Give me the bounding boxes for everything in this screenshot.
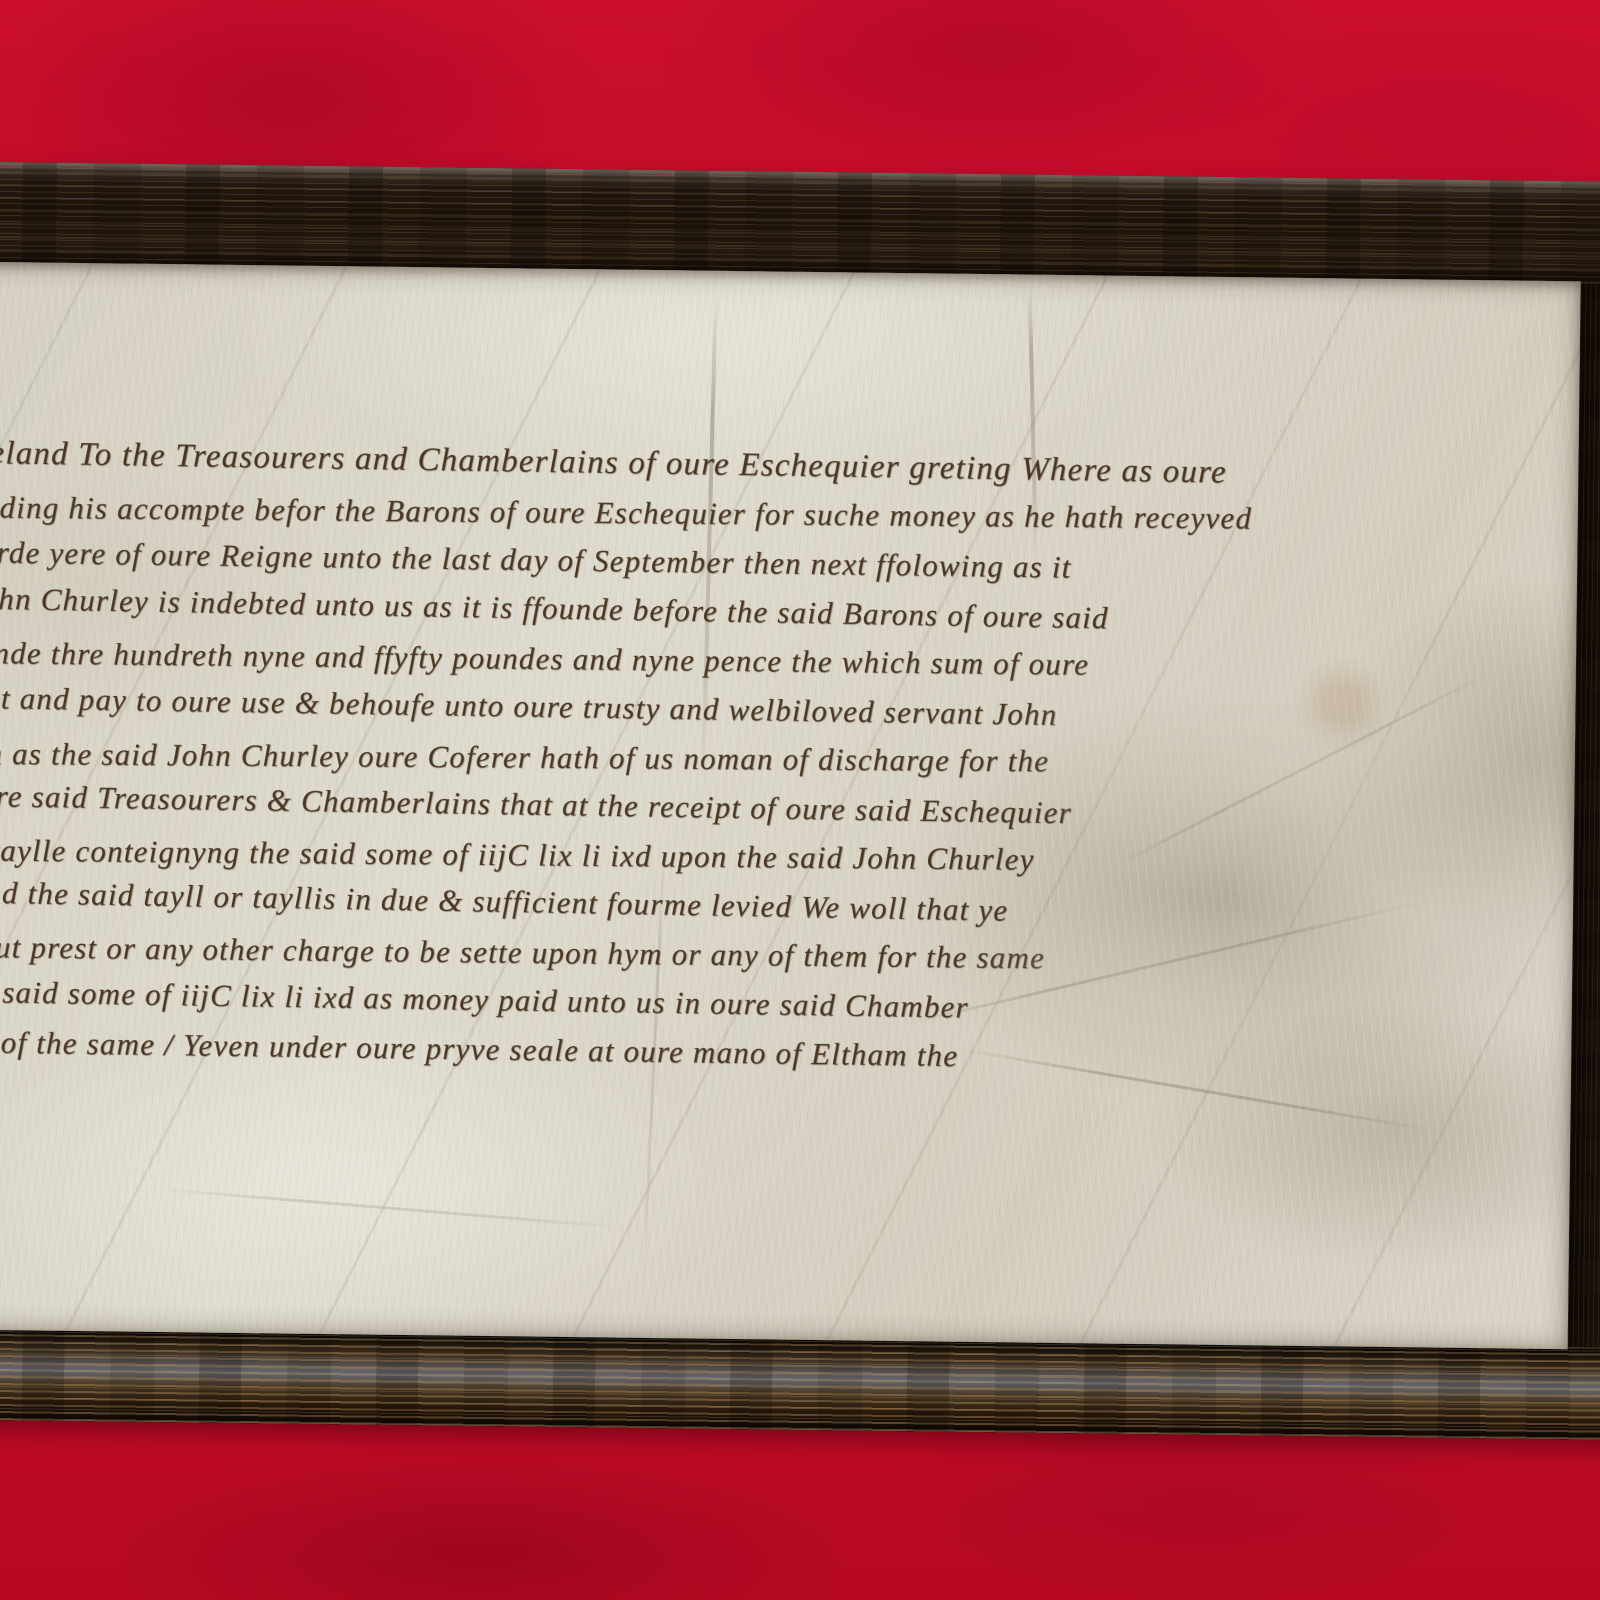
photograph-of-framed-manuscript: { "document": { "kind": "framed medieval… — [0, 0, 1600, 1600]
parchment-wrinkle — [151, 1187, 633, 1230]
parchment-document: Ireland To the Treasourers and Chamberla… — [0, 262, 1581, 1350]
picture-frame: Ireland To the Treasourers and Chamberla… — [0, 160, 1600, 1441]
manuscript-text: Ireland To the Treasourers and Chamberla… — [0, 438, 1571, 1094]
